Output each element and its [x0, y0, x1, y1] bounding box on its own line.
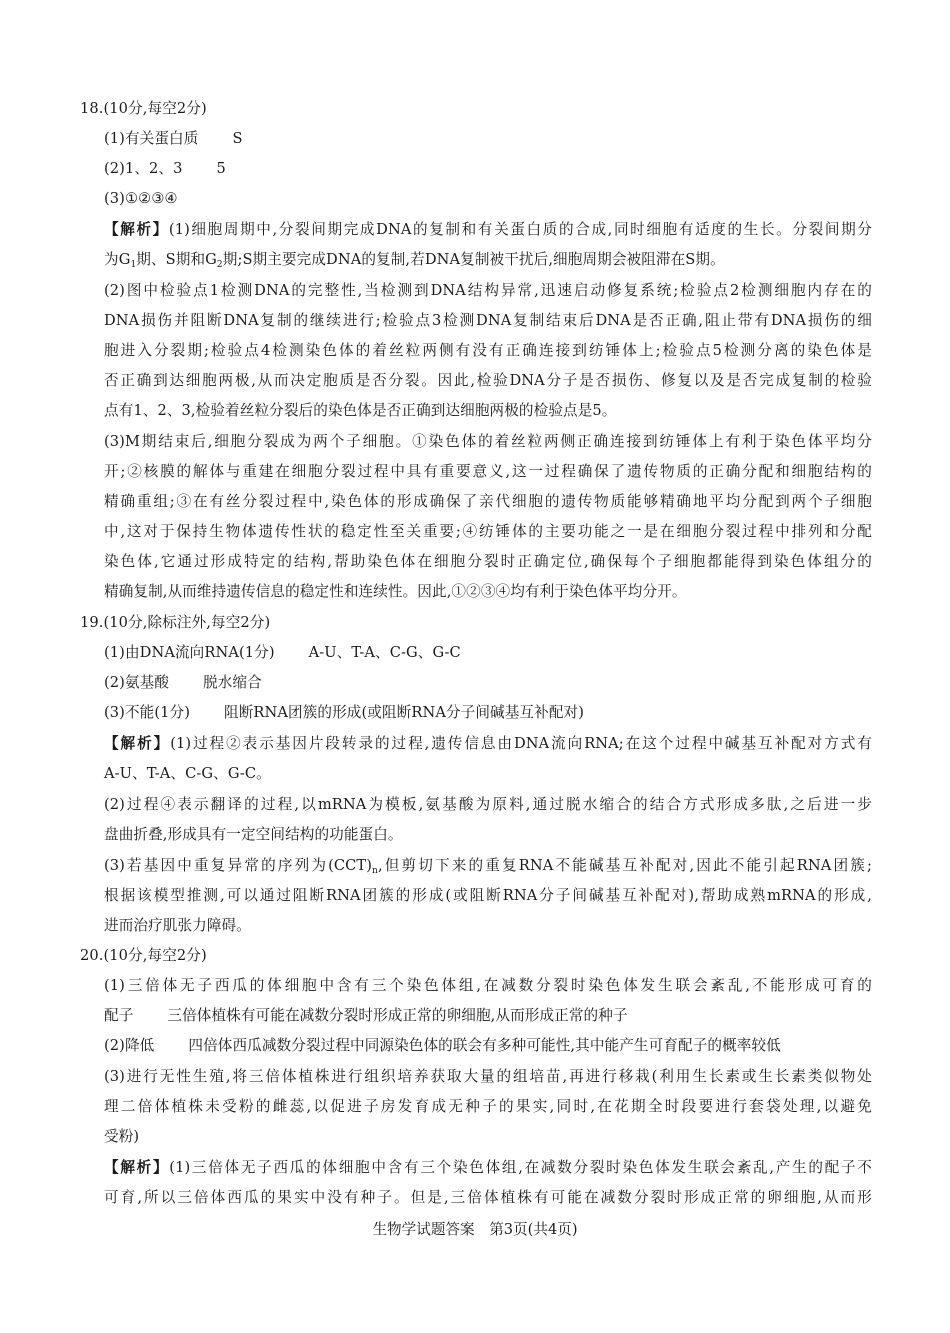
text-fragment: 为G — [104, 251, 130, 268]
q19-analysis-p3-line3: 进而治疗肌张力障碍。 — [104, 916, 251, 936]
q19-answer-1: (1)由DNA流向RNA(1分)A-U、T-A、C-G、G-C — [104, 643, 461, 663]
q20-analysis-p1-line2: 可育,所以三倍体西瓜的果实中没有种子。但是,三倍体植株有可能在减数分裂时形成正常… — [104, 1188, 872, 1208]
q18-analysis-p2-line4: 否正确到达细胞两极,从而决定胞质是否分裂。因此,检验DNA分子是否损伤、修复以及… — [104, 371, 872, 391]
q19-analysis-p2-line1: (2)过程④表示翻译的过程,以mRNA为模板,氨基酸为原料,通过脱水缩合的结合方… — [104, 795, 872, 815]
q18-header: 18.(10分,每空2分) — [80, 99, 207, 119]
q19-answer-3-part1: (3)不能(1分) — [104, 704, 190, 721]
q20-answer-2-part2: 四倍体西瓜减数分裂过程中同源染色体的联会有多种可能性,其中能产生可育配子的概率较… — [188, 1037, 781, 1054]
q18-answer-1-part1: (1)有关蛋白质 — [104, 130, 198, 147]
q19-analysis-p2-line2: 盘曲折叠,形成具有一定空间结构的功能蛋白。 — [104, 825, 403, 845]
q19-analysis-p1-line1: 【解析】(1)过程②表示基因片段转录的过程,遗传信息由DNA流向RNA;在这个过… — [104, 734, 872, 754]
analysis-tag: 【解析】 — [104, 221, 169, 238]
q19-answer-1-part2: A-U、T-A、C-G、G-C — [309, 644, 461, 661]
q19-answer-3: (3)不能(1分)阻断RNA团簇的形成(或阻断RNA分子间碱基互补配对) — [104, 703, 584, 723]
q18-analysis-p3-line5: 染色体,它通过形成特定的结构,帮助染色体在细胞分裂时正确定位,确保每个子细胞都能… — [104, 552, 872, 572]
q18-analysis-p3-line2: 开;②核膜的解体与重建在细胞分裂过程中具有重要意义,这一过程确保了遗传物质的正确… — [104, 462, 872, 482]
q20-answer-1-part1: 配子 — [104, 1007, 133, 1024]
q19-analysis-p3-line2: 根据该模型推测,可以通过阻断RNA团簇的形成(或阻断RNA分子间碱基互补配对),… — [104, 886, 872, 906]
q18-analysis-p3-line3: 精确重组;③在有丝分裂过程中,染色体的形成确保了亲代细胞的遗传物质能够精确地平均… — [104, 492, 872, 512]
q18-answer-1: (1)有关蛋白质S — [104, 129, 243, 149]
text-fragment: 期;S期主要完成DNA的复制,若DNA复制被干扰后,细胞周期会被阻滞在S期。 — [223, 251, 725, 268]
q20-answer-1-line1: (1)三倍体无子西瓜的体细胞中含有三个染色体组,在减数分裂时染色体发生联会紊乱,… — [104, 976, 872, 996]
text-fragment: 期、S期和G — [136, 251, 217, 268]
q18-analysis-p2-line3: 胞进入分裂期;检验点4检测染色体的着丝粒两侧有没有正确连接到纺锤体上;检验点5检… — [104, 341, 872, 361]
q20-header: 20.(10分,每空2分) — [80, 946, 207, 966]
q18-answer-2: (2)1、2、35 — [104, 159, 226, 179]
q18-answer-3: (3)①②③④ — [104, 189, 178, 209]
q19-answer-2-part1: (2)氨基酸 — [104, 674, 169, 691]
q20-answer-3-line1: (3)进行无性生殖,将三倍体植株进行组织培养获取大量的组培苗,再进行移栽(利用生… — [104, 1067, 872, 1087]
q20-analysis-p1-line1: 【解析】(1)三倍体无子西瓜的体细胞中含有三个染色体组,在减数分裂时染色体发生联… — [104, 1158, 872, 1178]
q18-answer-2-part1: (2)1、2、3 — [104, 160, 183, 177]
analysis-text: (1)细胞周期中,分裂间期完成DNA的复制和有关蛋白质的合成,同时细胞有适度的生… — [169, 221, 872, 238]
q19-answer-2-part2: 脱水缩合 — [203, 674, 262, 691]
q18-analysis-p2-line2: DNA损伤并阻断DNA复制的继续进行;检验点3检测DNA复制结束后DNA是否正确… — [104, 311, 872, 331]
page-footer: 生物学试题答案 第3页(共4页) — [0, 1218, 950, 1239]
q20-answer-1-part2: 三倍体植株有可能在减数分裂时形成正常的卵细胞,从而形成正常的种子 — [167, 1007, 627, 1024]
q18-analysis-p1-line1: 【解析】(1)细胞周期中,分裂间期完成DNA的复制和有关蛋白质的合成,同时细胞有… — [104, 220, 872, 240]
q18-answer-1-part2: S — [232, 130, 242, 147]
q18-analysis-p2-line1: (2)图中检验点1检测DNA的完整性,当检测到DNA结构异常,迅速启动修复系统;… — [104, 281, 872, 301]
q18-analysis-p3-line1: (3)M期结束后,细胞分裂成为两个子细胞。①染色体的着丝粒两侧正确连接到纺锤体上… — [104, 432, 872, 452]
analysis-text: (1)过程②表示基因片段转录的过程,遗传信息由DNA流向RNA;在这个过程中碱基… — [170, 735, 872, 752]
q20-answer-3-line2: 理二倍体植株未受粉的雌蕊,以促进子房发育成无种子的果实,同时,在花期全时段要进行… — [104, 1097, 872, 1117]
q18-analysis-p3-line4: 中,这对于保持生物体遗传性状的稳定性至关重要;④纺锤体的主要功能之一是在细胞分裂… — [104, 522, 872, 542]
q18-analysis-p2-line5: 点有1、2、3,检验着丝粒分裂后的染色体是否正确到达细胞两极的检验点是5。 — [104, 401, 616, 421]
q20-answer-3-line3: 受粉) — [104, 1127, 139, 1147]
q18-analysis-p3-line6: 精确复制,从而维持遗传信息的稳定性和连续性。因此,①②③④均有利于染色体平均分开… — [104, 582, 687, 602]
q20-answer-2-part1: (2)降低 — [104, 1037, 154, 1054]
q20-answer-2: (2)降低四倍体西瓜减数分裂过程中同源染色体的联会有多种可能性,其中能产生可育配… — [104, 1036, 781, 1056]
q19-header: 19.(10分,除标注外,每空2分) — [80, 613, 270, 633]
q19-analysis-p1-line2: A-U、T-A、C-G、G-C。 — [104, 764, 271, 784]
analysis-tag: 【解析】 — [104, 1159, 169, 1176]
q19-analysis-p3-line1: (3)若基因中重复异常的序列为(CCT)n,但剪切下来的重复RNA不能碱基互补配… — [104, 856, 872, 876]
q18-answer-2-part2: 5 — [217, 160, 226, 177]
analysis-text: (1)三倍体无子西瓜的体细胞中含有三个染色体组,在减数分裂时染色体发生联会紊乱,… — [169, 1159, 872, 1176]
q19-answer-3-part2: 阻断RNA团簇的形成(或阻断RNA分子间碱基互补配对) — [224, 704, 584, 721]
q18-analysis-p1-line2: 为G1期、S期和G2期;S期主要完成DNA的复制,若DNA复制被干扰后,细胞周期… — [104, 250, 725, 270]
q20-answer-1-line2: 配子三倍体植株有可能在减数分裂时形成正常的卵细胞,从而形成正常的种子 — [104, 1006, 628, 1026]
text-fragment: (3)若基因中重复异常的序列为(CCT) — [104, 857, 372, 874]
analysis-tag: 【解析】 — [104, 735, 170, 752]
answer-page: 18.(10分,每空2分) (1)有关蛋白质S (2)1、2、35 (3)①②③… — [0, 0, 950, 1333]
q19-answer-2: (2)氨基酸脱水缩合 — [104, 673, 262, 693]
text-fragment: ,但剪切下来的重复RNA不能碱基互补配对,因此不能引起RNA团簇; — [378, 857, 872, 874]
q19-answer-1-part1: (1)由DNA流向RNA(1分) — [104, 644, 275, 661]
